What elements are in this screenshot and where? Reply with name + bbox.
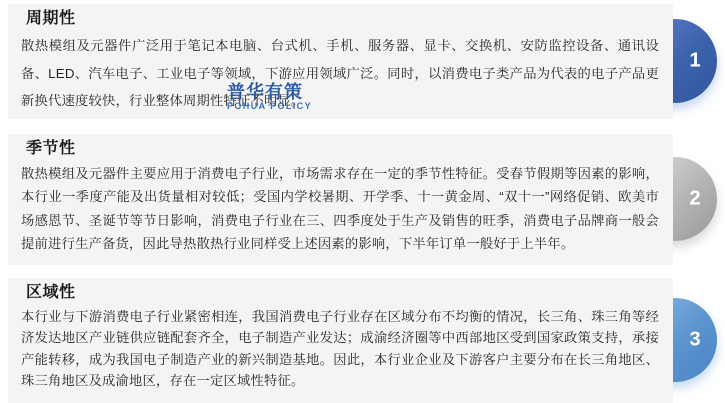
number-badge-1-label: 1 [689, 50, 700, 73]
watermark-subtitle-text: POHUA POLICY [227, 102, 312, 111]
section-seasonality: 季节性 散热模组及元器件主要应用于消费电子行业，市场需求存在一定的季节性特征。受… [8, 134, 673, 265]
section-periodicity-body: 散热模组及元器件广泛用于笔记本电脑、台式机、手机、服务器、显卡、交换机、安防监控… [21, 32, 659, 115]
section-regionality-heading: 区域性 [26, 283, 659, 303]
section-seasonality-heading: 季节性 [26, 139, 659, 159]
section-regionality-body: 本行业与下游消费电子行业紧密相连，我国消费电子行业存在区域分布不均衡的情况，长三… [21, 306, 659, 392]
sections-stack: 周期性 散热模组及元器件广泛用于笔记本电脑、台式机、手机、服务器、显卡、交换机、… [8, 4, 673, 403]
section-periodicity: 周期性 散热模组及元器件广泛用于笔记本电脑、台式机、手机、服务器、显卡、交换机、… [8, 4, 673, 119]
pohua-policy-watermark: 普华有策 POHUA POLICY [227, 83, 312, 111]
number-badge-2-label: 2 [689, 188, 700, 211]
watermark-brand-text: 普华有策 [227, 83, 312, 101]
number-badge-3-label: 3 [689, 329, 700, 352]
section-seasonality-body: 散热模组及元器件主要应用于消费电子行业，市场需求存在一定的季节性特征。受春节假期… [21, 162, 659, 256]
section-regionality: 区域性 本行业与下游消费电子行业紧密相连，我国消费电子行业存在区域分布不均衡的情… [8, 278, 673, 403]
section-periodicity-heading: 周期性 [26, 9, 659, 29]
